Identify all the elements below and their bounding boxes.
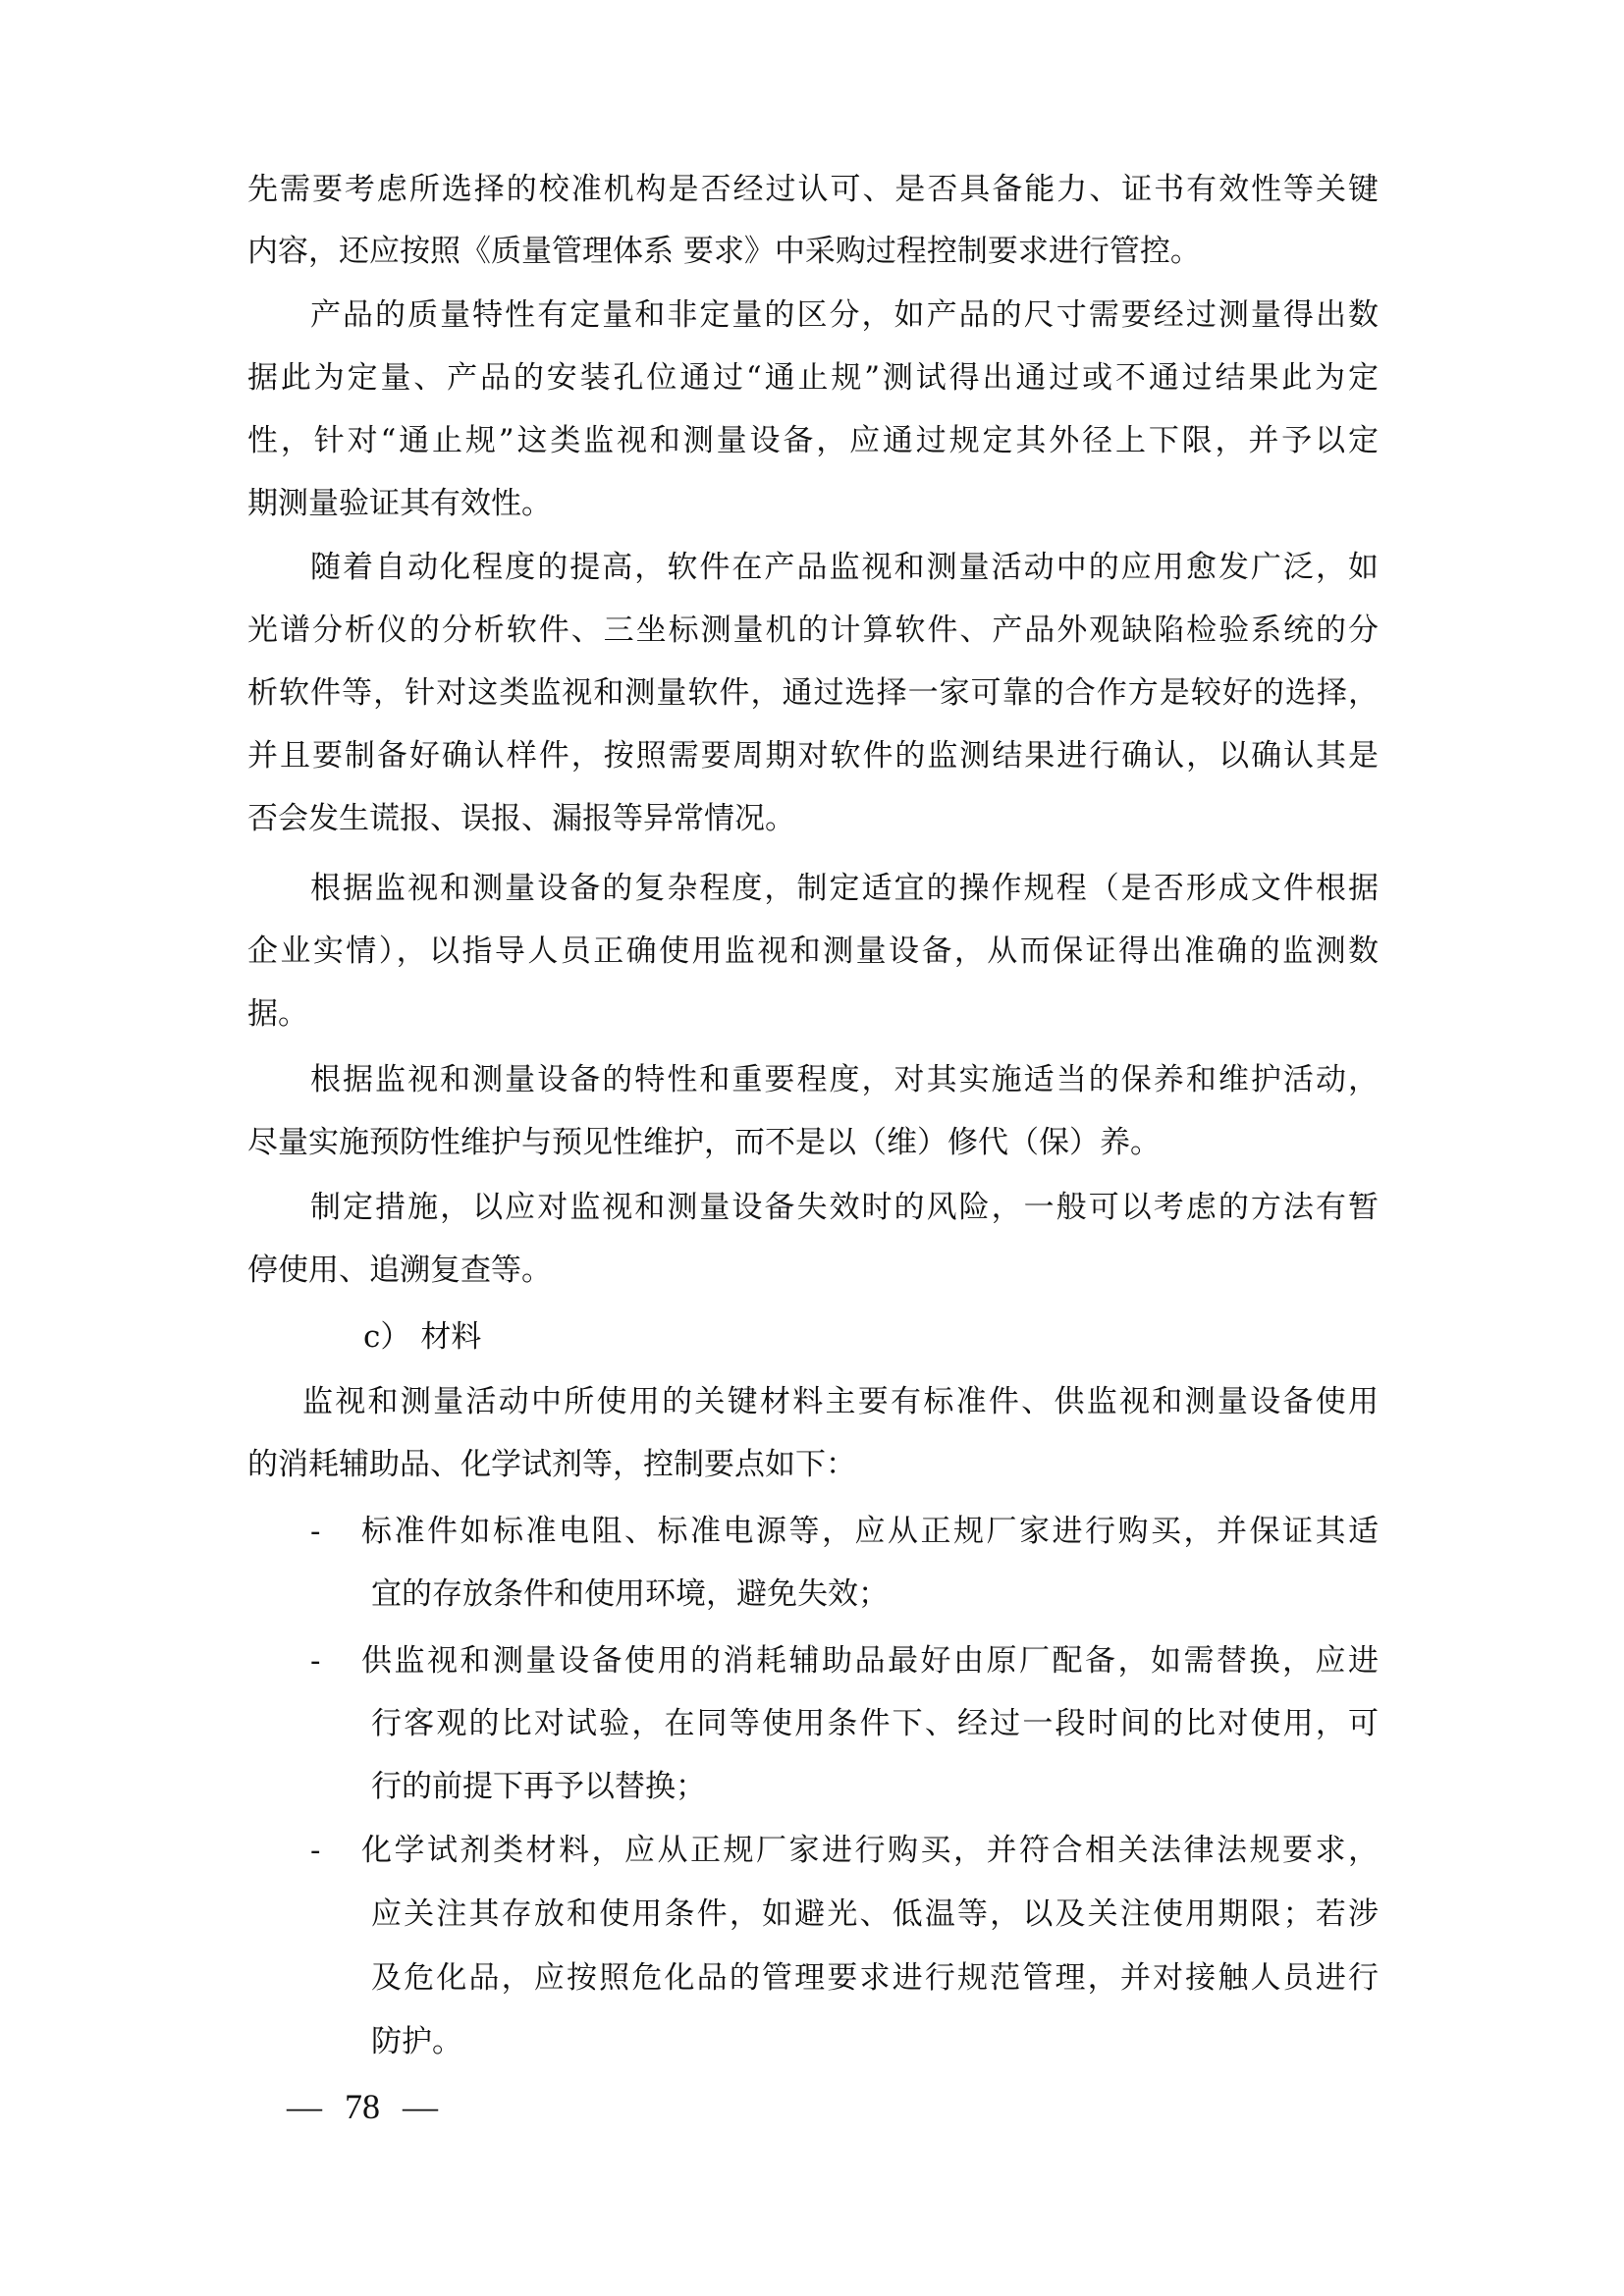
text-line: 随着自动化程度的提高，软件在产品监视和测量活动中的应用愈发广泛，如 [310, 536, 1379, 599]
text-line: 性，针对“通止规”这类监视和测量设备，应通过规定其外径上下限，并予以定 [247, 409, 1379, 472]
text-line: 行的前提下再予以替换； [371, 1755, 1379, 1818]
dash-bullet-icon: - [310, 1500, 330, 1563]
dash-bullet-icon: - [310, 1819, 330, 1882]
text-line: 供监视和测量设备使用的消耗辅助品最好由原厂配备，如需替换，应进 [361, 1629, 1379, 1692]
text-line: 产品的质量特性有定量和非定量的区分，如产品的尺寸需要经过测量得出数 [310, 284, 1379, 347]
text-line: 企业实情），以指导人员正确使用监视和测量设备，从而保证得出准确的监测数 [247, 920, 1379, 983]
text-line: 应关注其存放和使用条件，如避光、低温等，以及关注使用期限；若涉 [371, 1883, 1379, 1946]
text-line: 监视和测量活动中所使用的关键材料主要有标准件、供监视和测量设备使用 [302, 1370, 1379, 1433]
text-line: 停使用、追溯复查等。 [247, 1239, 1379, 1302]
text-line: 据。 [247, 983, 1379, 1045]
text-line: 宜的存放条件和使用环境，避免失效； [371, 1563, 1379, 1626]
text-line: 行客观的比对试验，在同等使用条件下、经过一段时间的比对使用，可 [371, 1692, 1379, 1755]
text-line: 的消耗辅助品、化学试剂等，控制要点如下： [247, 1433, 1379, 1496]
text-line: 根据监视和测量设备的特性和重要程度，对其实施适当的保养和维护活动， [310, 1048, 1379, 1111]
text-line: 内容，还应按照《质量管理体系 要求》中采购过程控制要求进行管控。 [247, 220, 1379, 283]
text-line: 防护。 [371, 2010, 1379, 2073]
dash-bullet-icon: - [310, 1629, 330, 1692]
text-line: 光谱分析仪的分析软件、三坐标测量机的计算软件、产品外观缺陷检验系统的分 [247, 599, 1379, 662]
text-line: 析软件等，针对这类监视和测量软件，通过选择一家可靠的合作方是较好的选择， [247, 662, 1379, 724]
page-number: — 78 — [287, 2077, 438, 2136]
text-line: 及危化品，应按照危化品的管理要求进行规范管理，并对接触人员进行 [371, 1947, 1379, 2009]
text-line: 据此为定量、产品的安装孔位通过“通止规”测试得出通过或不通过结果此为定 [247, 347, 1379, 409]
text-line: 制定措施，以应对监视和测量设备失效时的风险，一般可以考虑的方法有暂 [310, 1176, 1379, 1239]
document-page: 先需要考虑所选择的校准机构是否经过认可、是否具备能力、证书有效性等关键 内容，还… [0, 0, 1624, 2296]
text-line: 标准件如标准电阻、标准电源等，应从正规厂家进行购买，并保证其适 [361, 1500, 1379, 1563]
section-heading-materials: c） 材料 [363, 1306, 481, 1368]
text-line: 先需要考虑所选择的校准机构是否经过认可、是否具备能力、证书有效性等关键 [247, 158, 1379, 221]
text-line: 化学试剂类材料，应从正规厂家进行购买，并符合相关法律法规要求， [361, 1819, 1379, 1882]
text-line: 期测量验证其有效性。 [247, 472, 1379, 535]
text-line: 根据监视和测量设备的复杂程度，制定适宜的操作规程（是否形成文件根据 [310, 857, 1379, 920]
text-line: 尽量实施预防性维护与预见性维护，而不是以（维）修代（保）养。 [247, 1111, 1379, 1174]
text-line: 否会发生谎报、误报、漏报等异常情况。 [247, 787, 1379, 850]
text-line: 并且要制备好确认样件，按照需要周期对软件的监测结果进行确认，以确认其是 [247, 724, 1379, 787]
